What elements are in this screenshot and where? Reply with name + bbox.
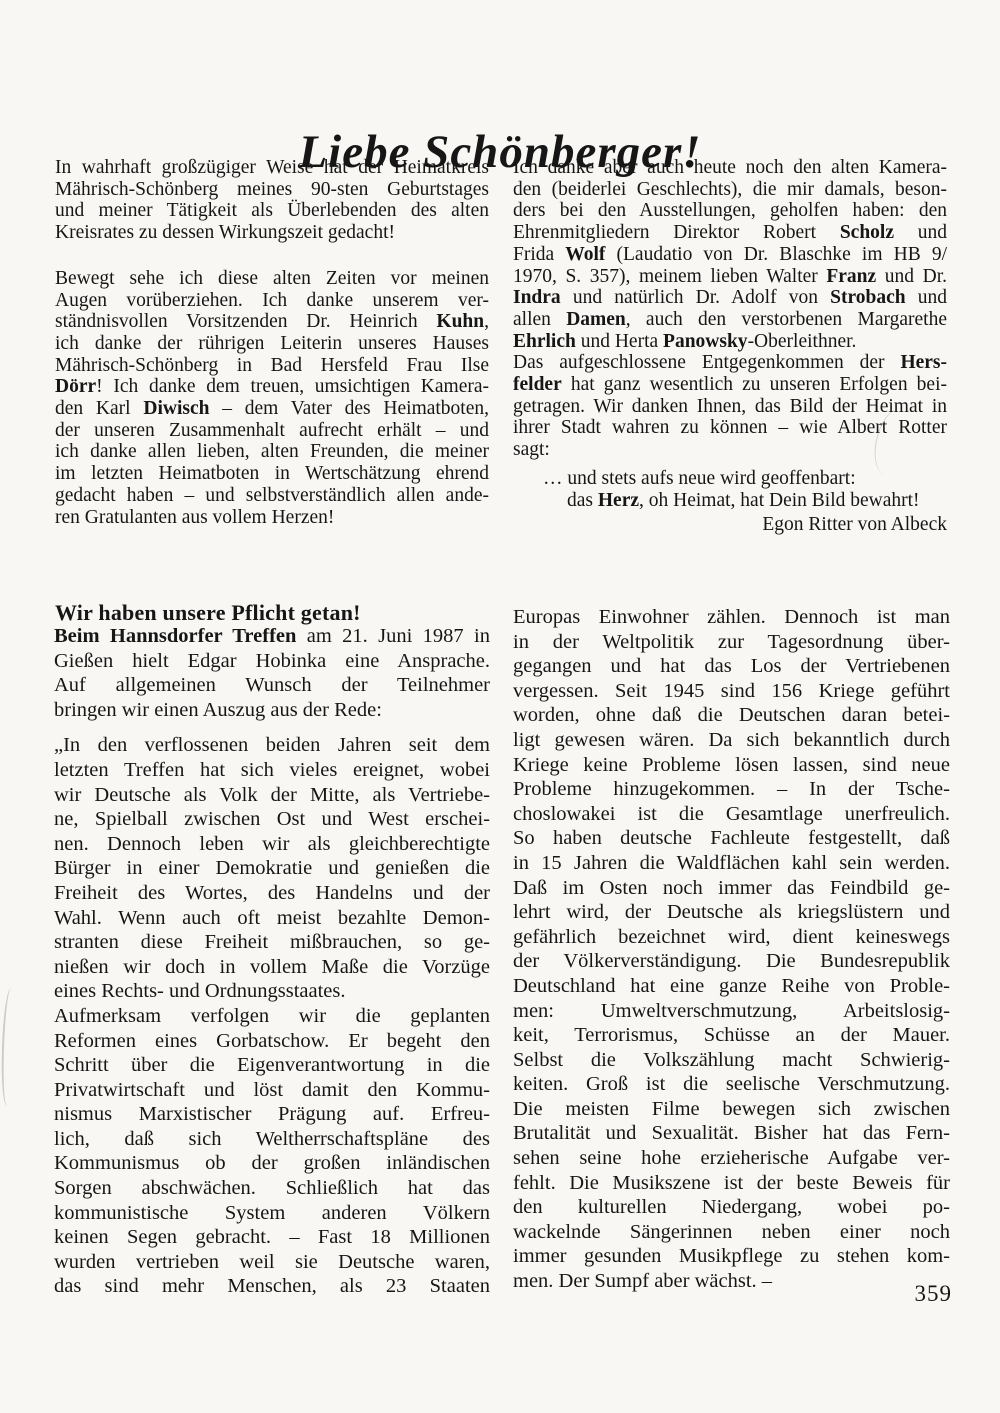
text-line: Bürger in einer Demokratie und genießen …: [54, 856, 490, 881]
text-line: Augen vorüberziehen. Ich danke unserem v…: [55, 290, 489, 312]
text-line: bringen wir einen Auszug aus der Rede:: [54, 698, 490, 723]
text-line: sagt:: [513, 439, 947, 461]
text-line: sehen seine hohe erzieherische Aufgabe v…: [513, 1146, 950, 1171]
paragraph-body: In wahrhaft großzügiger Weise hat der He…: [55, 157, 489, 244]
text-line: wackelnde Sängerinnen neben einer noch: [513, 1220, 950, 1245]
text-line: men: Umweltverschmutzung, Arbeitslosig-: [513, 999, 950, 1024]
paragraph-body: Ich danke aber auch heute noch den alten…: [513, 157, 947, 352]
text-line: ne, Spielball zwischen Ost und West ersc…: [54, 807, 490, 832]
text-line: Die meisten Filme bewegen sich zwischen: [513, 1097, 950, 1122]
text-line: Privatwirtschaft und löst damit den Komm…: [54, 1078, 490, 1103]
paragraph-quote: … und stets aufs neue wird geoffenbart:d…: [513, 468, 947, 511]
text-line: nießen wir doch in vollem Maße die Vorzü…: [54, 955, 490, 980]
text-line: 1970, S. 357), meinem lieben Walter Fran…: [513, 266, 947, 288]
text-line: Mährisch-Schönberg in Bad Hersfeld Frau …: [55, 355, 489, 377]
text-line: den kulturellen Niedergang, wobei po-: [513, 1195, 950, 1220]
paragraph-body: „In den verflossenen beiden Jahren seit …: [54, 733, 490, 1004]
text-line: Wahl. Wenn auch oft meist bezahlte Demon…: [54, 906, 490, 931]
text-line: keit, Terrorismus, Schüsse an der Mauer.: [513, 1023, 950, 1048]
text-line: lich, daß sich Weltherrschaftspläne des: [54, 1127, 490, 1152]
text-line: choslowakei ist die Gesamtlage unerfreul…: [513, 802, 950, 827]
text-line: Probleme hinzugekommen. – In der Tsche-: [513, 777, 950, 802]
text-line: ligt gewesen wären. Da sich bekanntlich …: [513, 728, 950, 753]
text-line: ders bei den Ausstellungen, geholfen hab…: [513, 200, 947, 222]
page-number: 359: [915, 1281, 953, 1307]
paragraph-body: Aufmerksam verfolgen wir die geplantenRe…: [54, 1004, 490, 1299]
text-line: Ehrenmitgliedern Direktor Robert Scholz …: [513, 222, 947, 244]
section2-heading: Wir haben unsere Pflicht getan!: [55, 601, 361, 625]
text-line: Brutalität und Sexualität. Bisher hat da…: [513, 1121, 950, 1146]
text-line: Das aufgeschlossene Entgegenkommen der H…: [513, 352, 947, 374]
text-line: den Karl Diwisch – dem Vater des Heimatb…: [55, 398, 489, 420]
text-line: „In den verflossenen beiden Jahren seit …: [54, 733, 490, 758]
text-line: So haben deutsche Fachleute festgestellt…: [513, 826, 950, 851]
text-line: fehlt. Die Musikszene ist der beste Bewe…: [513, 1171, 950, 1196]
text-line: Schritt über die Eigenverantwortung in d…: [54, 1053, 490, 1078]
text-line: vergessen. Seit 1945 sind 156 Kriege gef…: [513, 679, 950, 704]
paragraph-body: Europas Einwohner zählen. Dennoch ist ma…: [513, 605, 950, 1294]
text-line: Gießen hielt Edgar Hobinka eine Ansprach…: [54, 649, 490, 674]
text-line: wurden vertrieben weil sie Deutsche ware…: [54, 1250, 490, 1275]
paragraph-body: Das aufgeschlossene Entgegenkommen der H…: [513, 352, 947, 461]
text-line: der unseren Zusammenhalt aufrecht erhält…: [55, 420, 489, 442]
scanned-page: Liebe Schönberger! In wahrhaft großzügig…: [0, 0, 1000, 1413]
text-line: Kriege keine Probleme lösen lassen, sind…: [513, 753, 950, 778]
scan-artifact: [0, 988, 18, 1106]
text-line: in 15 Jahren die Waldflächen kahl sein w…: [513, 851, 950, 876]
text-line: Kreisrates zu dessen Wirkungszeit gedach…: [55, 222, 489, 244]
text-line: immer gesunden Musikpflege zu stehen kom…: [513, 1244, 950, 1269]
text-line: gefährlich bezeichnet wird, dient keines…: [513, 925, 950, 950]
text-line: das sind mehr Menschen, als 23 Staaten: [54, 1274, 490, 1299]
text-line: in der Weltpolitik zur Tagesordnung über…: [513, 630, 950, 655]
text-line: Dörr! Ich danke dem treuen, umsichtigen …: [55, 376, 489, 398]
text-line: den (beiderlei Geschlechts), die mir dam…: [513, 179, 947, 201]
text-line: eines Rechts- und Ordnungsstaates.: [54, 979, 490, 1004]
text-line: men. Der Sumpf aber wächst. –: [513, 1269, 950, 1294]
paragraph-signature: Egon Ritter von Albeck: [513, 514, 947, 536]
text-line: In wahrhaft großzügiger Weise hat der He…: [55, 157, 489, 179]
paragraph-body: Beim Hannsdorfer Treffen am 21. Juni 198…: [54, 624, 490, 722]
paragraph-body: Bewegt sehe ich diese alten Zeiten vor m…: [55, 268, 489, 528]
text-line: ren Gratulanten aus vollem Herzen!: [55, 507, 489, 529]
text-line: Europas Einwohner zählen. Dennoch ist ma…: [513, 605, 950, 630]
text-line: Daß im Osten noch immer das Feindbild ge…: [513, 876, 950, 901]
section2-left-column: Beim Hannsdorfer Treffen am 21. Juni 198…: [54, 624, 490, 1299]
text-line: Selbst die Volkszählung macht Schwierig-: [513, 1048, 950, 1073]
text-line: ihrer Stadt wahren zu können – wie Alber…: [513, 417, 947, 439]
text-line: letzten Treffen hat sich vieles ereignet…: [54, 758, 490, 783]
text-line: Indra und natürlich Dr. Adolf von Stroba…: [513, 287, 947, 309]
text-line: keiten. Groß ist die seelische Verschmut…: [513, 1072, 950, 1097]
text-line: … und stets aufs neue wird geoffenbart:: [543, 468, 947, 490]
text-line: und meiner Tätigkeit als Überlebenden de…: [55, 200, 489, 222]
text-line: Sorgen abschwächen. Schließlich hat das: [54, 1176, 490, 1201]
text-line: Bewegt sehe ich diese alten Zeiten vor m…: [55, 268, 489, 290]
text-line: gedacht haben – und selbstverständlich a…: [55, 485, 489, 507]
text-line: Auf allgemeinen Wunsch der Teilnehmer: [54, 673, 490, 698]
text-line: das Herz, oh Heimat, hat Dein Bild bewah…: [543, 490, 947, 512]
text-line: wir Deutsche als Volk der Mitte, als Ver…: [54, 783, 490, 808]
text-line: Egon Ritter von Albeck: [513, 514, 947, 536]
section2-right-column: Europas Einwohner zählen. Dennoch ist ma…: [513, 605, 950, 1294]
text-line: allen Damen, auch den verstorbenen Marga…: [513, 309, 947, 331]
text-line: Aufmerksam verfolgen wir die geplanten: [54, 1004, 490, 1029]
text-line: Kommunismus ob der großen inländischen: [54, 1151, 490, 1176]
text-line: nismus Marxistischer Prägung auf. Erfreu…: [54, 1102, 490, 1127]
text-line: Ehrlich und Herta Panowsky-Oberleithner.: [513, 331, 947, 353]
text-line: getragen. Wir danken Ihnen, das Bild der…: [513, 396, 947, 418]
text-line: lehrt wird, der Deutsche als kriegslüste…: [513, 900, 950, 925]
text-line: stranten diese Freiheit mißbrauchen, so …: [54, 930, 490, 955]
text-line: gegangen und hat das Los der Vertriebene…: [513, 654, 950, 679]
text-line: nen. Dennoch leben wir als gleichberecht…: [54, 832, 490, 857]
text-line: Frida Wolf (Laudatio von Dr. Blaschke im…: [513, 244, 947, 266]
text-line: ich danke der rührigen Leiterin unseres …: [55, 333, 489, 355]
text-line: ständnisvollen Vorsitzenden Dr. Heinrich…: [55, 311, 489, 333]
section1-left-column: In wahrhaft großzügiger Weise hat der He…: [55, 157, 489, 528]
text-line: der Völkerverständigung. Die Bundesrepub…: [513, 949, 950, 974]
text-line: Beim Hannsdorfer Treffen am 21. Juni 198…: [54, 624, 490, 649]
text-line: Ich danke aber auch heute noch den alten…: [513, 157, 947, 179]
text-line: keinen Segen gebracht. – Fast 18 Million…: [54, 1225, 490, 1250]
text-line: Deutschland hat eine ganze Reihe von Pro…: [513, 974, 950, 999]
text-line: Mährisch-Schönberg meines 90-sten Geburt…: [55, 179, 489, 201]
section1-right-column: Ich danke aber auch heute noch den alten…: [513, 157, 947, 536]
text-line: ich danke allen lieben, alten Freunden, …: [55, 441, 489, 463]
text-line: felder hat ganz wesentlich zu unseren Er…: [513, 374, 947, 396]
text-line: Freiheit des Wortes, des Handelns und de…: [54, 881, 490, 906]
text-line: worden, ohne daß die Deutschen daran bet…: [513, 703, 950, 728]
text-line: kommunistische System anderen Völkern: [54, 1201, 490, 1226]
text-line: im letzten Heimatboten in Wertschätzung …: [55, 463, 489, 485]
text-line: Reformen eines Gorbatschow. Er begeht de…: [54, 1029, 490, 1054]
